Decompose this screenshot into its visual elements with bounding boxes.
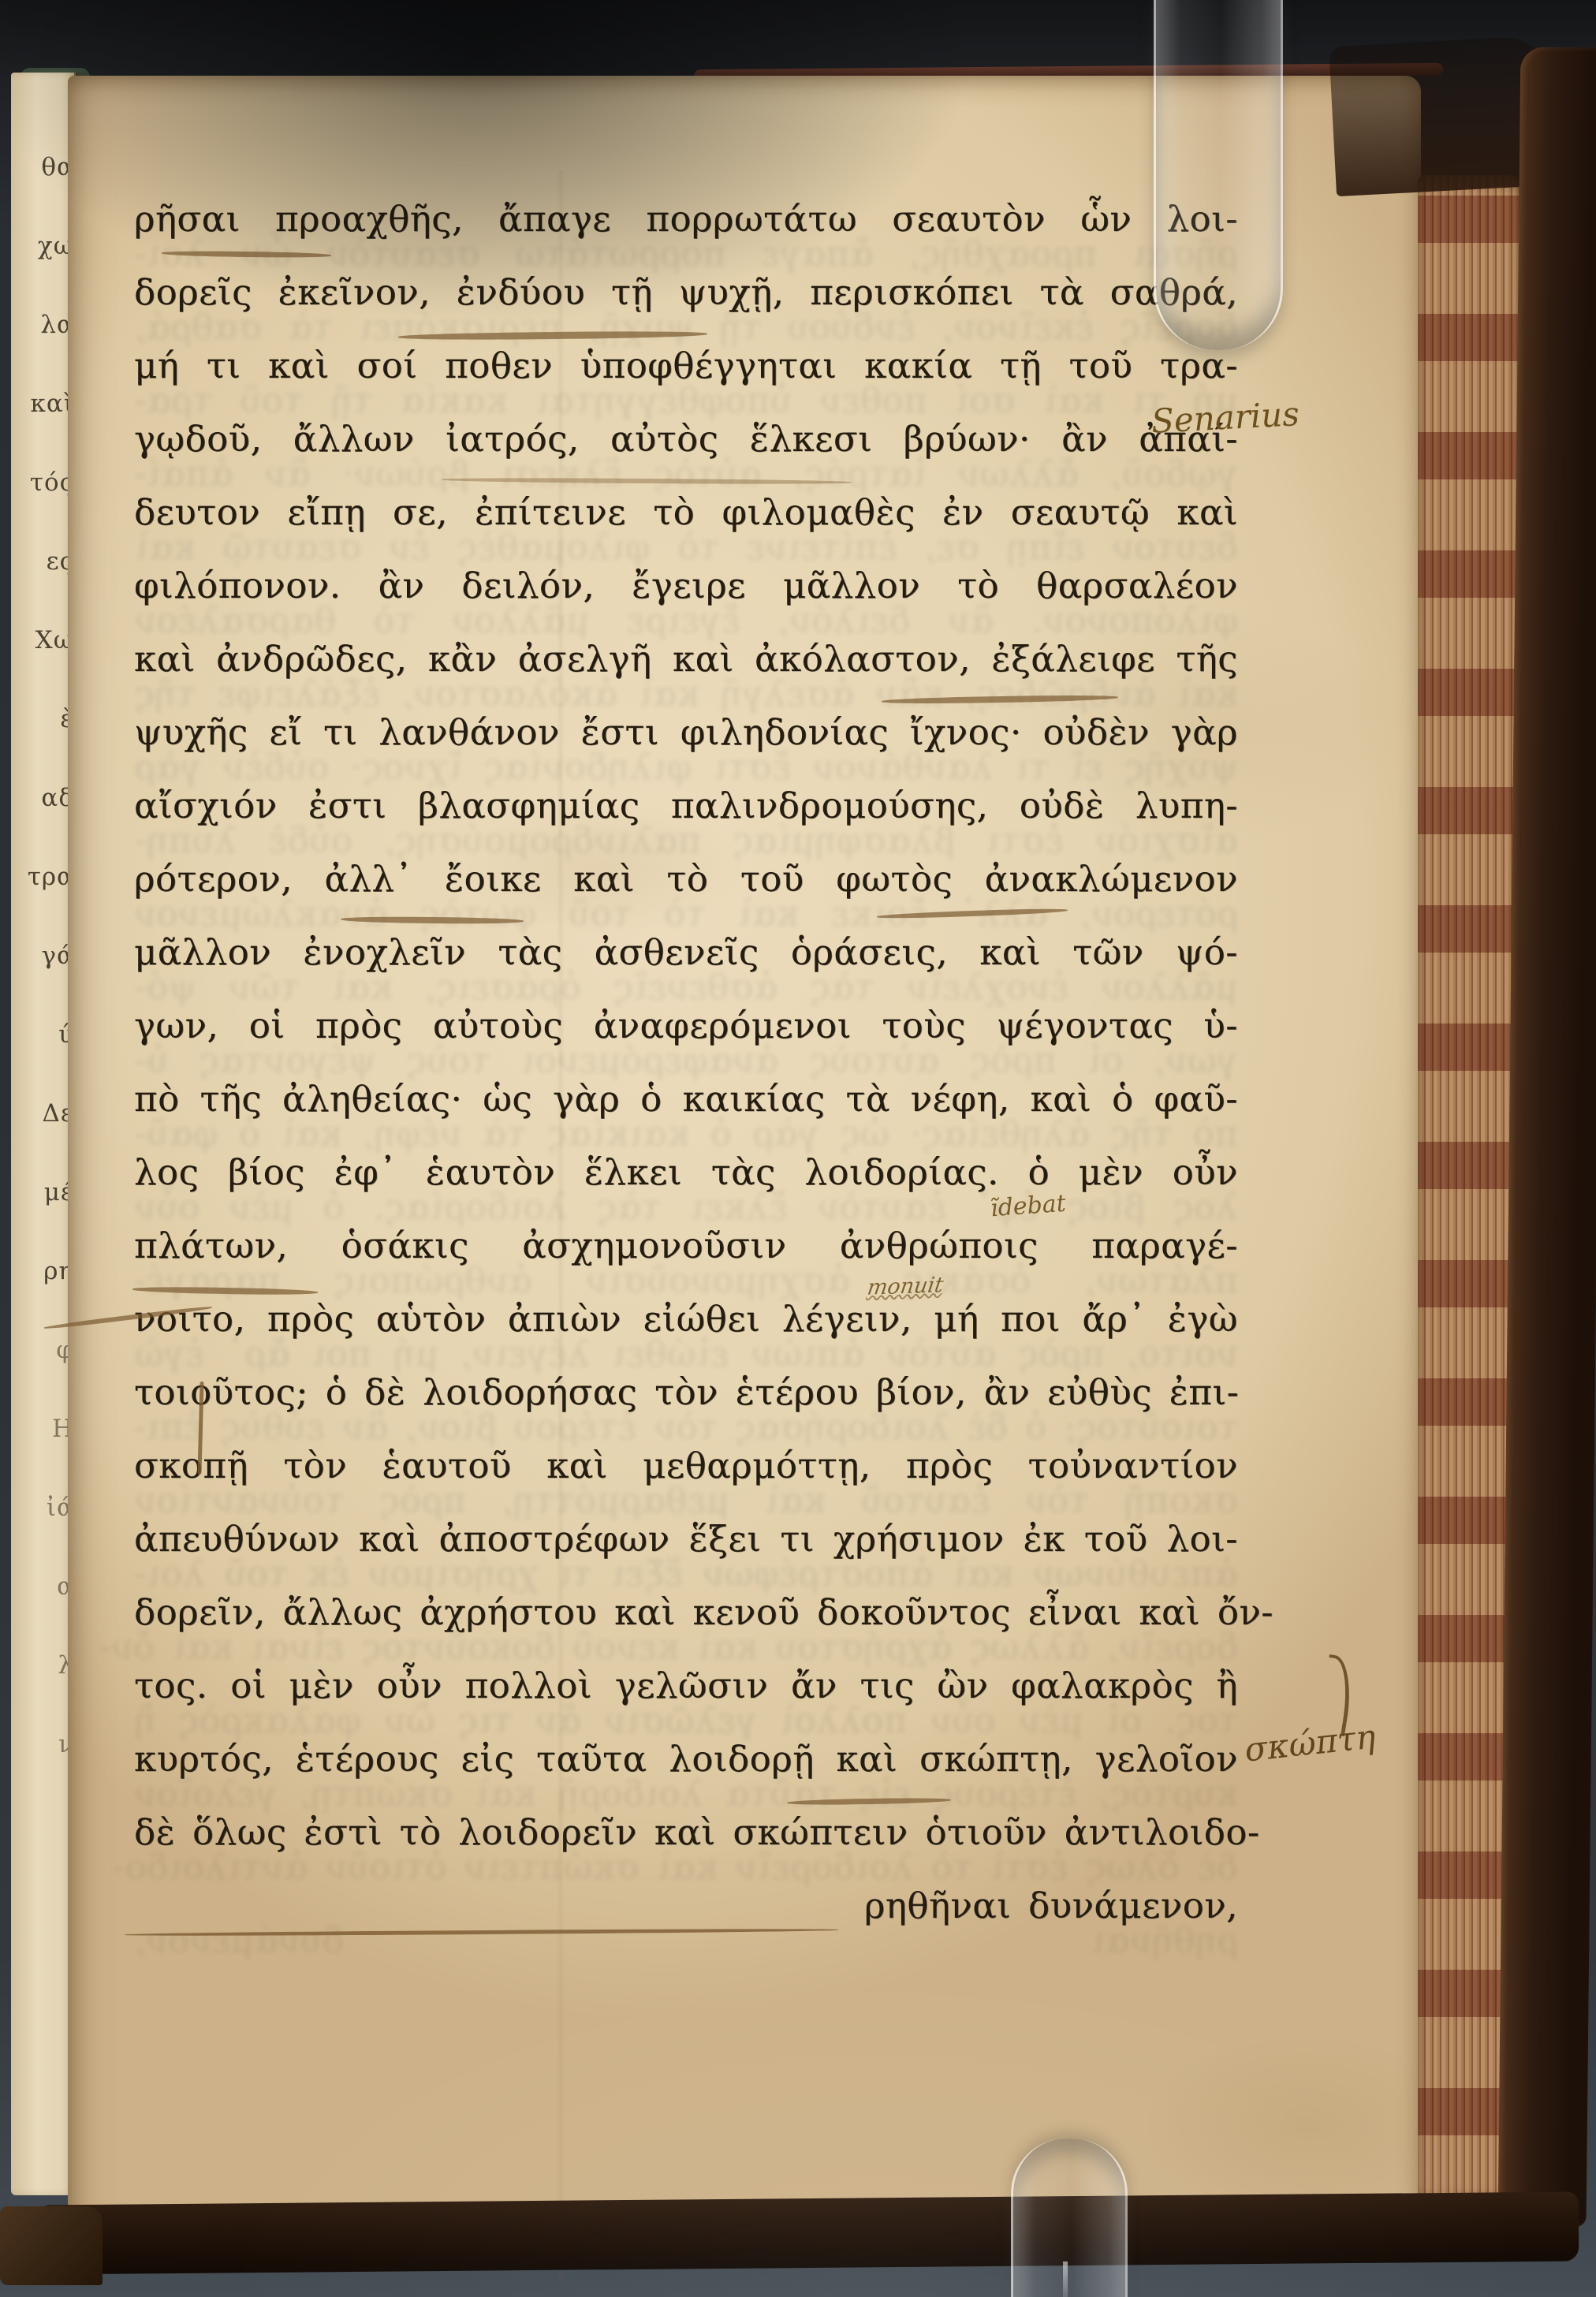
text-line: κυρτός, ἑτέρους εἰς ταῦτα λοιδορῇ καὶ σκ… <box>134 1733 1238 1790</box>
text-line: δορεῖς ἐκεῖνον, ἐνδύου τῇ ψυχῇ, περισκόπ… <box>134 267 1238 323</box>
text-line: φιλόπονον. ἂν δειλόν, ἔγειρε μᾶλλον τὸ θ… <box>134 560 1238 617</box>
text-line: ἀπευθύνων καὶ ἀποστρέφων ἕξει τι χρήσιμο… <box>134 1513 1238 1570</box>
text-line: μᾶλλον ἐνοχλεῖν τὰς ἀσθενεῖς ὁράσεις, κα… <box>134 927 1238 983</box>
text-line: μή τι καὶ σοί ποθεν ὑποφθέγγηται κακία τ… <box>134 340 1238 397</box>
book-cover-bottom <box>41 2191 1579 2274</box>
text-line: δορεῖν, ἄλλως ἀχρήστου καὶ κενοῦ δοκοῦντ… <box>134 1587 1238 1643</box>
greek-text-block: ρῆσαι προαχθῆς, ἄπαγε πορρωτάτω σεαυτὸν … <box>134 193 1238 1975</box>
text-line: ρηθῆναι δυνάμενον, <box>134 1880 1238 1937</box>
text-line: λος βίος ἐφ᾽ ἑαυτὸν ἕλκει τὰς λοιδορίας.… <box>134 1147 1238 1203</box>
text-line: τοιοῦτος; ὁ δὲ λοιδορήσας τὸν ἑτέρου βίο… <box>134 1367 1238 1423</box>
photograph-stage: θαχωλακαὶτόςεςΧωὲαδτραγάύΔεμέρηφΗἰάαλν ρ… <box>0 0 1596 2297</box>
text-line: γων, οἱ πρὸς αὐτοὺς ἀναφερόμενοι τοὺς ψέ… <box>134 1000 1238 1057</box>
text-line: ρότερον, ἀλλ᾽ ἔοικε καὶ τὸ τοῦ φωτὸς ἀνα… <box>134 853 1238 910</box>
cover-corner <box>0 2206 103 2285</box>
text-line: ψυχῆς εἴ τι λανθάνον ἔστι φιληδονίας ἴχν… <box>134 707 1238 763</box>
text-line: τος. οἱ μὲν οὖν πολλοὶ γελῶσιν ἄν τις ὢν… <box>134 1660 1238 1717</box>
marginal-note-senarius: Senarius <box>1150 394 1300 441</box>
text-line: αἴσχιόν ἐστι βλασφημίας παλινδρομούσης, … <box>134 780 1238 837</box>
text-line: δευτον εἴπῃ σε, ἐπίτεινε τὸ φιλομαθὲς ἐν… <box>134 487 1238 543</box>
text-line: πὸ τῆς ἀληθείας· ὡς γὰρ ὁ καικίας τὰ νέφ… <box>134 1073 1238 1130</box>
text-line: καὶ ἀνδρῶδες, κἂν ἀσελγῆ καὶ ἀκόλαστον, … <box>134 633 1238 690</box>
text-line: σκοπῇ τὸν ἑαυτοῦ καὶ μεθαρμόττῃ, πρὸς το… <box>134 1440 1238 1497</box>
text-line: νοιτο, πρὸς αὑτὸν ἀπιὼν εἰώθει λέγειν, μ… <box>134 1293 1238 1350</box>
text-line: γῳδοῦ, ἄλλων ἰατρός, αὐτὸς ἕλκεσι βρύων·… <box>134 413 1238 470</box>
text-line: πλάτων, ὁσάκις ἀσχημονοῦσιν ἀνθρώποις πα… <box>134 1220 1238 1277</box>
text-line: δὲ ὅλως ἐστὶ τὸ λοιδορεῖν καὶ σκώπτειν ὁ… <box>134 1807 1238 1863</box>
previous-page-edge: θαχωλακαὶτόςεςΧωὲαδτραγάύΔεμέρηφΗἰάαλν <box>11 73 76 2195</box>
glass-rod-edge <box>1063 2262 1068 2297</box>
text-line: ρῆσαι προαχθῆς, ἄπαγε πορρωτάτω σεαυτὸν … <box>134 193 1238 250</box>
interlinear-note: monuit <box>866 1273 945 1300</box>
interlinear-note: ĩdebat <box>990 1190 1067 1223</box>
